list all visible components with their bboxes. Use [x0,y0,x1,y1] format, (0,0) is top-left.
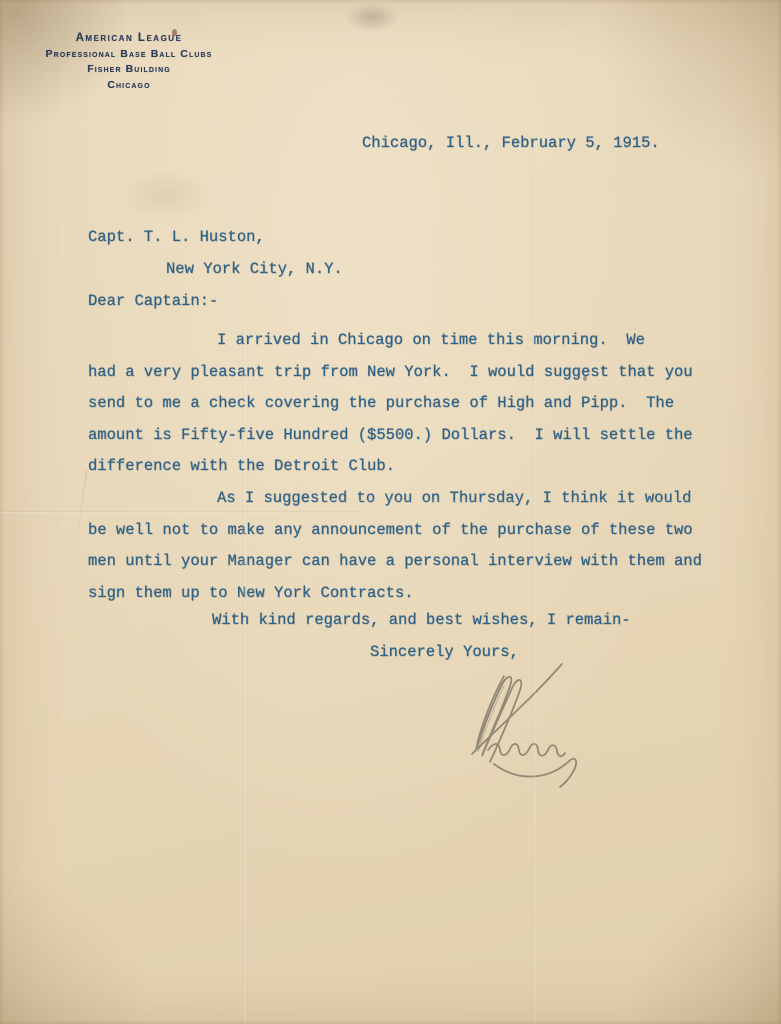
closing-regards: With kind regards, and best wishes, I re… [212,611,631,629]
recipient-city: New York City, N.Y. [166,260,343,278]
body-line: I arrived in Chicago on time this mornin… [88,325,728,357]
fold-crease-diagonal [74,470,87,549]
body-line: difference with the Detroit Club. [88,451,728,483]
signature-loops [476,676,521,762]
body-line: As I suggested to you on Thursday, I thi… [88,483,728,515]
letterhead: American League Professional Base Ball C… [33,31,225,93]
body-line: amount is Fifty-five Hundred ($5500.) Do… [88,420,728,452]
salutation: Dear Captain:- [88,292,218,310]
letterhead-city: Chicago [33,78,225,94]
signature-loops-shadow [478,678,506,752]
body-line: send to me a check covering the purchase… [88,388,728,420]
signature-underline [494,759,576,787]
letterhead-org-subtitle: Professional Base Ball Clubs [33,47,225,63]
body-line: had a very pleasant trip from New York. … [88,357,728,389]
letter-page: American League Professional Base Ball C… [0,0,781,1024]
dateline: Chicago, Ill., February 5, 1915. [362,134,660,152]
recipient-name: Capt. T. L. Huston, [88,228,265,246]
letterhead-building: Fisher Building [33,62,225,78]
signature-zigzag [488,744,565,756]
paper-smudge [344,2,400,32]
letter-body: I arrived in Chicago on time this mornin… [88,325,728,609]
paper-stain [120,170,210,220]
body-line: sign them up to New York Contracts. [88,578,728,610]
body-line: be well not to make any announcement of … [88,515,728,547]
handwritten-signature [452,658,602,796]
signature-upstroke [472,664,562,754]
letterhead-org-name: American League [33,31,225,47]
body-line: men until your Manager can have a person… [88,546,728,578]
